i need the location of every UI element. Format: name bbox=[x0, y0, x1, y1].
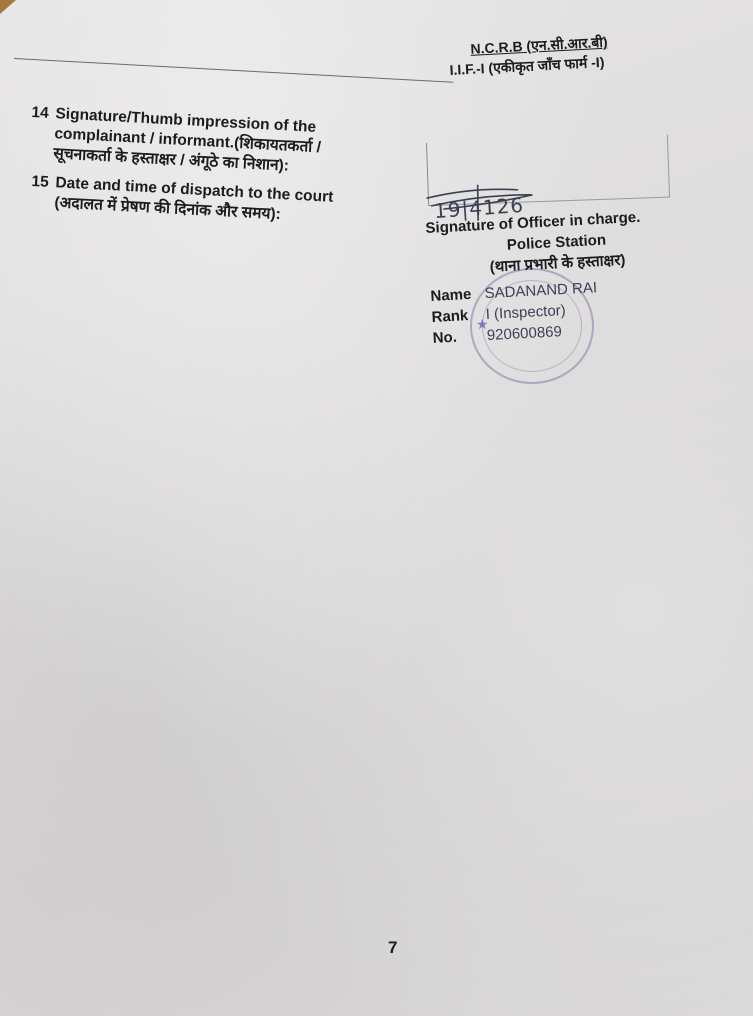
officer-in-charge-block: Signature of Officer in charge. Police S… bbox=[425, 204, 688, 281]
field-15-dispatch-datetime: 15Date and time of dispatch to the court… bbox=[30, 172, 392, 231]
page-number: 7 bbox=[388, 938, 397, 958]
rank-value: I (Inspector) bbox=[485, 302, 566, 323]
document-page: N.C.R.B (एन.सी.आर.बी) I.I.F.-I (एकीकृत ज… bbox=[0, 0, 753, 1016]
name-value: SADANAND RAI bbox=[484, 279, 597, 302]
field-number: 15 bbox=[31, 172, 56, 193]
number-label: No. bbox=[432, 325, 483, 349]
number-value: 920600869 bbox=[486, 323, 562, 344]
name-label: Name bbox=[430, 283, 481, 307]
header-rule-line bbox=[14, 58, 453, 83]
field-14-complainant-signature: 14Signature/Thumb impression of the comp… bbox=[29, 103, 392, 182]
folded-corner bbox=[0, 0, 16, 14]
form-header: N.C.R.B (एन.सी.आर.बी) I.I.F.-I (एकीकृत ज… bbox=[448, 29, 660, 80]
field-number: 14 bbox=[31, 103, 56, 124]
rank-label: Rank bbox=[431, 304, 482, 328]
officer-details: Name SADANAND RAI Rank I (Inspector) No.… bbox=[430, 277, 600, 349]
